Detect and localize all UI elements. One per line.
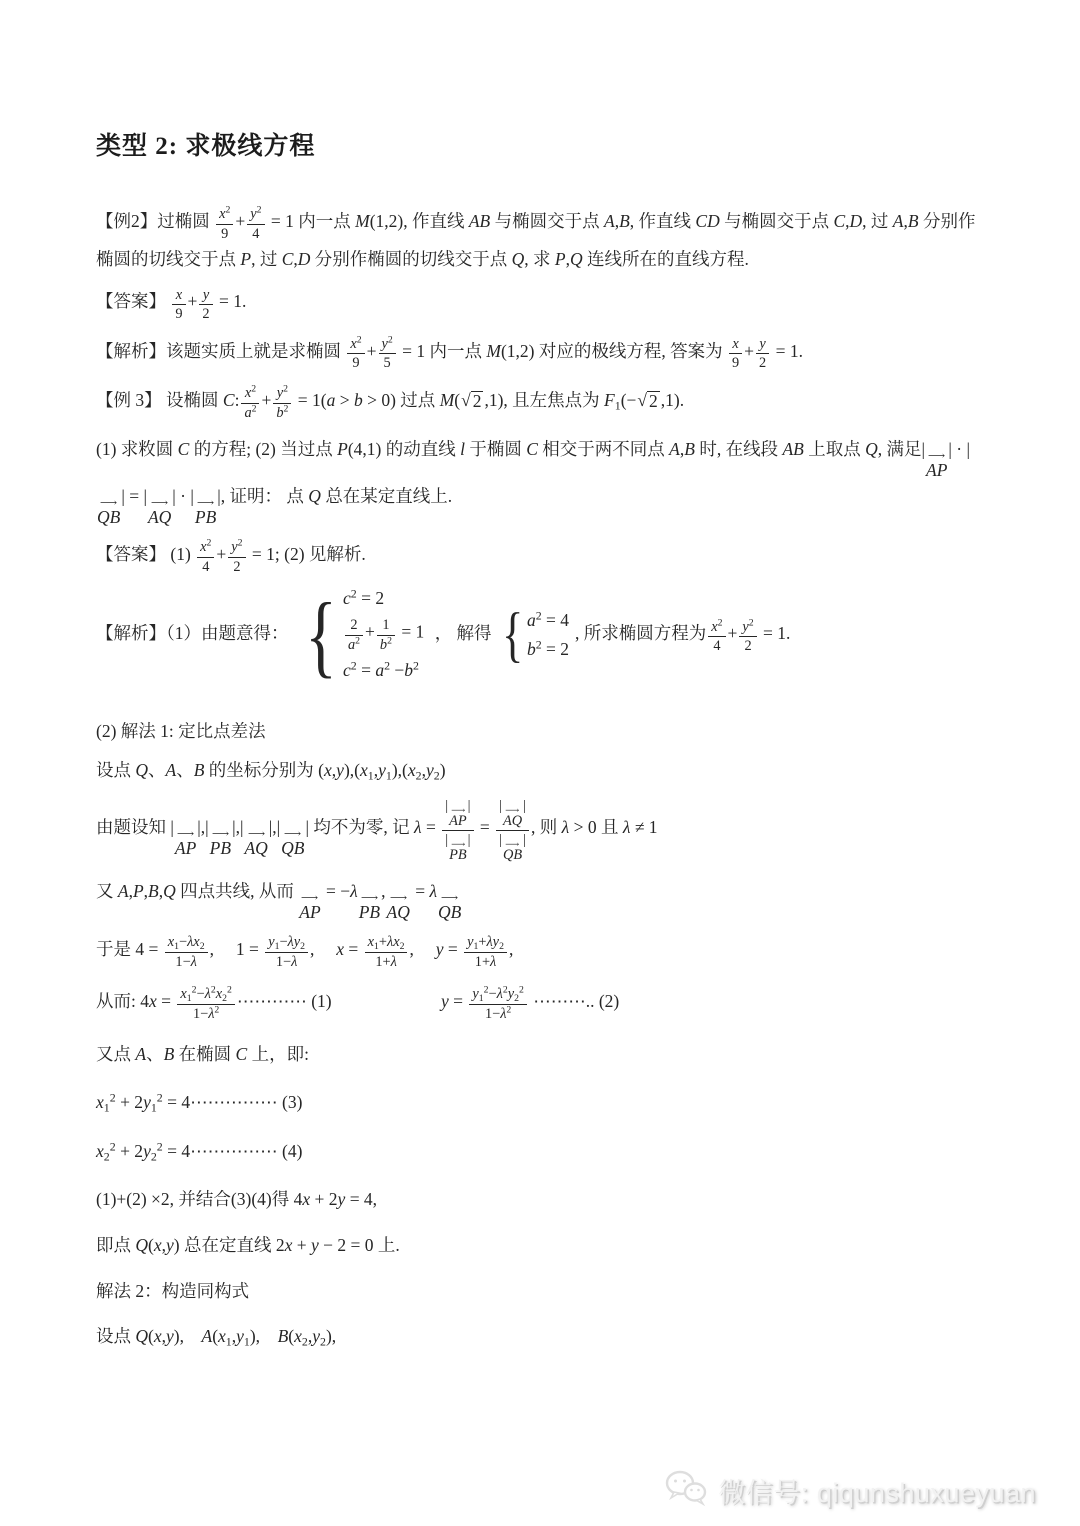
lambda-definition: 由题设知 |⟶AP|,|⟶PB|,|⟶AQ|,|⟶QB| 均不为零, 记 λ =… xyxy=(96,798,988,863)
method-2-heading: 解法 2：构造同构式 xyxy=(96,1274,988,1308)
watermark-footer: 微信号: qiqunshuxueyuan xyxy=(664,1469,1036,1512)
method-1-heading: (2) 解法 1: 定比点差法 xyxy=(96,714,988,748)
document-page: 类型 2: 求极线方程 【例2】过椭圆 x29+y24 = 1 内一点 M(1,… xyxy=(0,0,1080,1526)
collinear-relation: 又 A,P,B,Q 四点共线, 从而 ⟶AP = −λ⟶PB,⟶AQ = λ⟶Q… xyxy=(96,874,988,921)
method-2-setup: 设点 Q(x,y), A(x1,y1), B(x2,y2), xyxy=(96,1319,988,1353)
ex3-analysis-part1: 【解析】（1）由题意得： {c2 = 22a2+1b2 = 1c2 = a2 −… xyxy=(96,586,988,684)
wechat-id-label: 微信号: qiqunshuxueyuan xyxy=(718,1471,1036,1510)
page-title: 类型 2: 求极线方程 xyxy=(96,126,988,162)
conclusion-line: 即点 Q(x,y) 总在定直线 2x + y − 2 = 0 上. xyxy=(96,1228,988,1262)
ex3-questions: (1) 求敉圆 C 的方程; (2) 当过点 P(4,1) 的动直线 l 于椭圆… xyxy=(96,432,988,526)
equation-3: x12 + 2y12 = 4⋯⋯⋯⋯⋯ (3) xyxy=(96,1085,988,1119)
wechat-icon xyxy=(664,1469,708,1512)
ex3-problem: 【例 3】 设椭圆 C:x2a2+y2b2 = 1(a > b > 0) 过点 … xyxy=(96,383,988,421)
points-on-ellipse: 又点 A、B 在椭圆 C 上，即: xyxy=(96,1037,988,1071)
coordinate-relations: 于是 4 = x1−λx21−λ, 1 = y1−λy21−λ, x = x1+… xyxy=(96,932,988,970)
ex2-answer: 【答案】 x9+y2 = 1. xyxy=(96,284,988,322)
equation-4: x22 + 2y22 = 4⋯⋯⋯⋯⋯ (4) xyxy=(96,1134,988,1168)
ex3-answer: 【答案】 (1) x24+y22 = 1; (2) 见解析. xyxy=(96,537,988,575)
document-body: 【例2】过椭圆 x29+y24 = 1 内一点 M(1,2), 作直线 AB 与… xyxy=(96,204,988,1353)
setup-points: 设点 Q、A、B 的坐标分别为 (x,y),(x1,y1),(x2,y2) xyxy=(96,753,988,787)
ex2-analysis: 【解析】该题实质上就是求椭圆 x29+y25 = 1 内一点 M(1,2) 对应… xyxy=(96,334,988,372)
combine-equations: (1)+(2) ×2, 并结合(3)(4)得 4x + 2y = 4, xyxy=(96,1182,988,1216)
ex2-problem: 【例2】过椭圆 x29+y24 = 1 内一点 M(1,2), 作直线 AB 与… xyxy=(96,204,988,276)
derived-equations-1-2: 从而: 4x = x12−λ2x221−λ2⋯⋯⋯⋯ (1) y = y12−λ… xyxy=(96,984,988,1022)
